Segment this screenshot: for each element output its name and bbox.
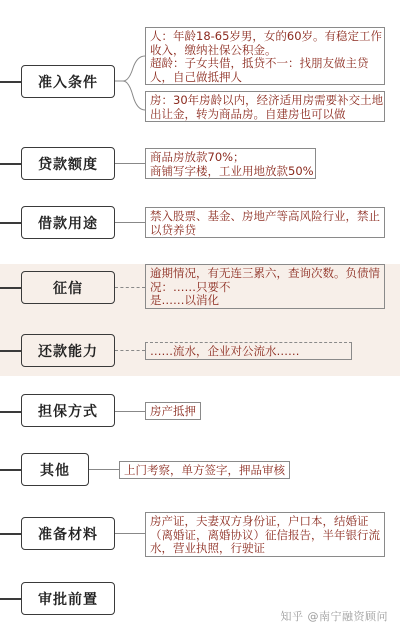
connector-line <box>115 222 145 223</box>
detail-line: 逾期情况，有无连三累六，查询次数。负债情 <box>150 267 380 281</box>
detail-box: 房产证，夫妻双方身份证，户口本，结婚证 （离婚证，离婚协议）征信报告，半年银行流… <box>145 512 385 557</box>
detail-line: （离婚证，离婚协议）征信报告，半年银行流 <box>150 529 380 543</box>
detail-line: 商铺写字楼，工业用地放款50% <box>150 165 311 179</box>
branch-node-loan-purpose[interactable]: 借款用途 <box>21 206 115 239</box>
detail-line: 水，营业执照，行驶证 <box>150 542 380 556</box>
branch-node-credit[interactable]: 征信 <box>21 271 115 304</box>
detail-box: 上门考察，单方签字，押品审核 <box>119 461 290 479</box>
branch-label: 其他 <box>40 460 70 480</box>
connector-line <box>89 469 119 470</box>
detail-line: 出让金，转为商品房。自建房也可以做 <box>150 108 380 122</box>
detail-line: 房产证，夫妻双方身份证，户口本，结婚证 <box>150 515 380 529</box>
branch-line <box>0 598 21 600</box>
detail-line: 人：年龄18-65岁男，女的60岁。有稳定工作 <box>150 30 380 44</box>
bracket-connector <box>115 40 145 120</box>
branch-label: 借款用途 <box>38 213 98 233</box>
detail-box: 禁入股票、基金、房地产等高风险行业，禁止 以贷养贷 <box>145 207 385 238</box>
connector-line <box>115 533 145 534</box>
branch-line <box>0 222 21 224</box>
branch-label: 征信 <box>53 278 83 298</box>
detail-line: 况：……只要不 <box>150 281 380 295</box>
branch-node-other[interactable]: 其他 <box>21 453 89 486</box>
detail-box: 人：年龄18-65岁男，女的60岁。有稳定工作 收入，缴纳社保公积金。 超龄：子… <box>145 27 385 85</box>
detail-line: 商品房放款70%； <box>150 151 311 165</box>
detail-line: 上门考察，单方签字，押品审核 <box>124 464 285 478</box>
branch-line <box>0 411 21 413</box>
detail-line: 收入，缴纳社保公积金。 <box>150 44 380 58</box>
branch-line <box>0 81 21 83</box>
watermark: 知乎 @南宁融资顾问 <box>281 608 389 624</box>
detail-box: 逾期情况，有无连三累六，查询次数。负债情 况：……只要不 是……以消化 <box>145 264 385 309</box>
detail-box: 房产抵押 <box>145 402 201 420</box>
detail-box: 房：30年房龄以内，经济适用房需要补交土地 出让金，转为商品房。自建房也可以做 <box>145 91 385 122</box>
branch-label: 贷款额度 <box>38 154 98 174</box>
detail-line: 禁入股票、基金、房地产等高风险行业，禁止 <box>150 210 380 224</box>
branch-line <box>0 469 21 471</box>
branch-label: 还款能力 <box>38 341 98 361</box>
branch-node-pre-approval[interactable]: 审批前置 <box>21 582 115 615</box>
branch-label: 准备材料 <box>38 524 98 544</box>
branch-node-repayment[interactable]: 还款能力 <box>21 334 115 367</box>
detail-line: ……流水，企业对公流水…… <box>150 345 347 359</box>
branch-line <box>0 533 21 535</box>
connector-line <box>115 411 145 412</box>
branch-label: 审批前置 <box>38 589 98 609</box>
detail-line: 以贷养贷 <box>150 224 380 238</box>
detail-box: ……流水，企业对公流水…… <box>145 342 352 360</box>
branch-node-admission[interactable]: 准入条件 <box>21 65 115 98</box>
detail-line: 房：30年房龄以内，经济适用房需要补交土地 <box>150 94 380 108</box>
detail-line: 人，自己做抵押人 <box>150 71 380 85</box>
connector-line <box>115 350 145 351</box>
connector-line <box>115 287 145 288</box>
branch-line <box>0 163 21 165</box>
detail-line: 超龄：子女共借，抵贷不一：找朋友做主贷 <box>150 57 380 71</box>
detail-box: 商品房放款70%； 商铺写字楼，工业用地放款50% <box>145 148 316 179</box>
detail-line: 房产抵押 <box>150 405 196 419</box>
branch-line <box>0 350 21 352</box>
branch-label: 担保方式 <box>38 401 98 421</box>
branch-node-loan-amount[interactable]: 贷款额度 <box>21 147 115 180</box>
detail-line: 是……以消化 <box>150 294 380 308</box>
connector-line <box>115 163 145 164</box>
branch-label: 准入条件 <box>38 72 98 92</box>
branch-node-guarantee[interactable]: 担保方式 <box>21 394 115 427</box>
branch-line <box>0 287 21 289</box>
branch-node-materials[interactable]: 准备材料 <box>21 517 115 550</box>
